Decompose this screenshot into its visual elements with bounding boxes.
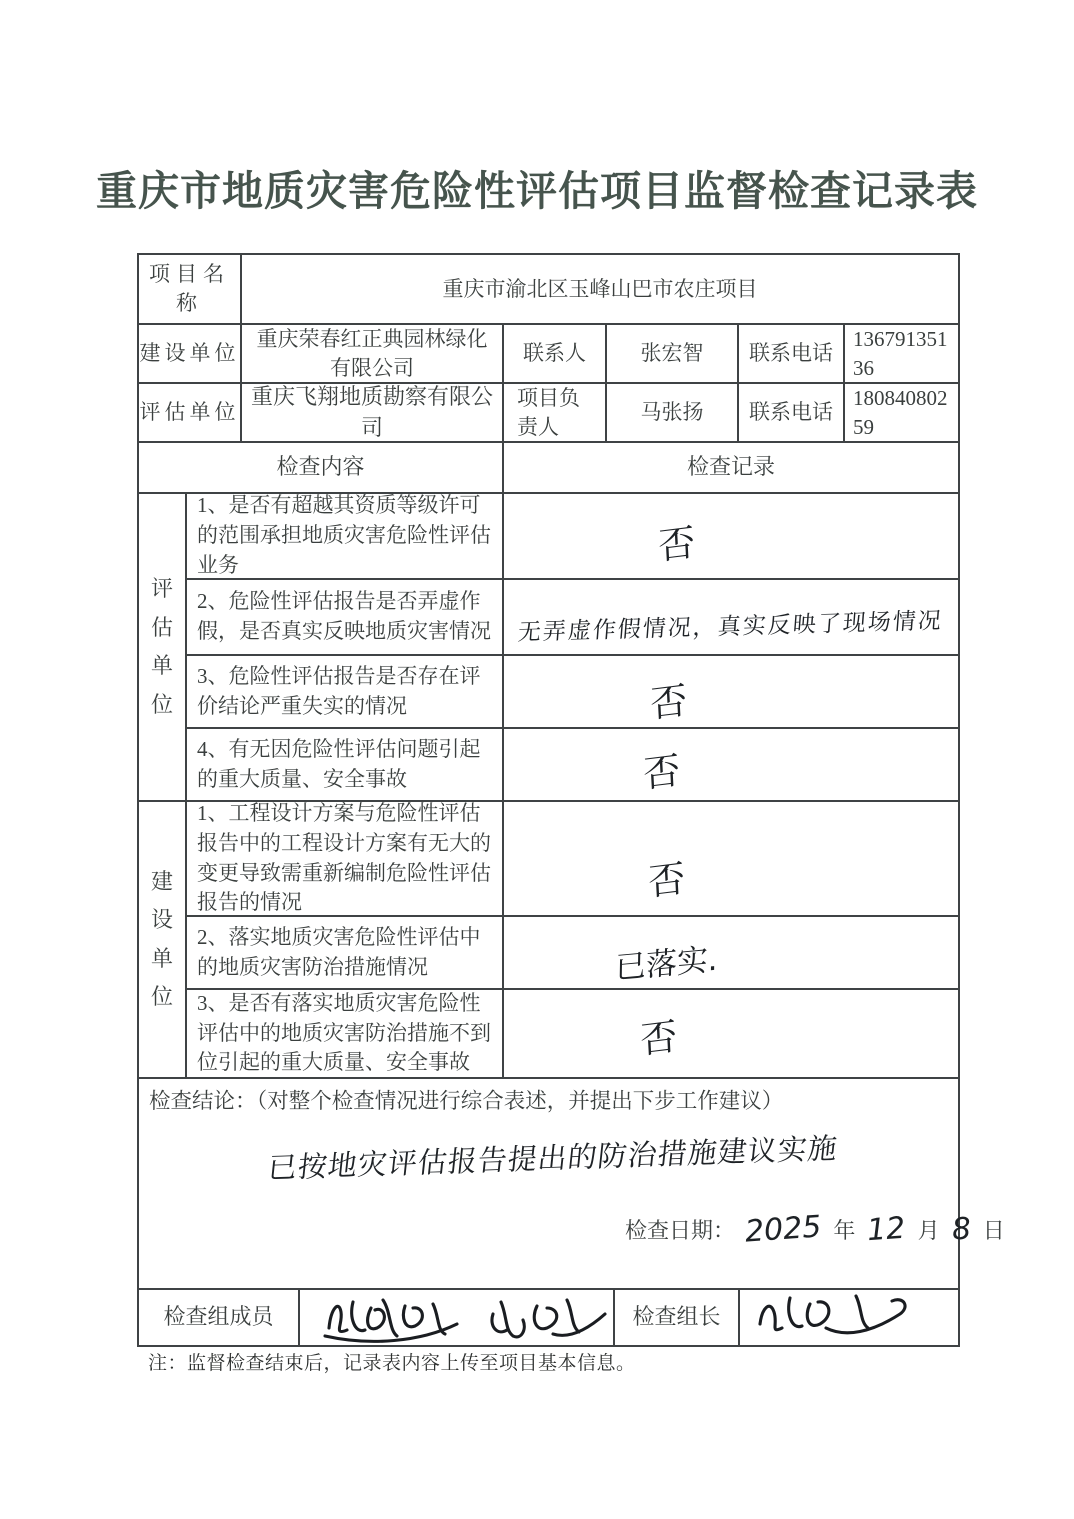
year-unit: 年: [833, 1214, 855, 1245]
page-title: 重庆市地质灾害危险性评估项目监督检查记录表: [0, 158, 1074, 217]
team-members-label: 检查组成员: [139, 1290, 300, 1347]
team-leader-signature: [748, 1286, 928, 1344]
contact-value: 张宏智: [607, 325, 739, 384]
build-item-3-record-cell: [504, 990, 960, 1079]
handwritten-day: 8: [950, 1211, 971, 1247]
inspection-table: 项目名称 重庆市渝北区玉峰山巴市农庄项目 建设单位 重庆荣春红正典园林绿化有限公…: [137, 253, 960, 1347]
scanned-inspection-form: 重庆市地质灾害危险性评估项目监督检查记录表 项目名称 重庆市渝北区玉峰山巴市农庄…: [0, 0, 1074, 1519]
eval-item-3-text: 3、危险性评估报告是否存在评价结论严重失实的情况: [187, 656, 504, 729]
content-column-header: 检查内容: [139, 443, 504, 494]
month-unit: 月: [918, 1214, 940, 1245]
assessor-value: 重庆飞翔地质勘察有限公司: [242, 384, 504, 443]
eval-item-1-record-cell: [504, 494, 960, 580]
handwritten-record-build-3: 否: [639, 1006, 679, 1065]
handwritten-record-eval-3: 否: [649, 670, 689, 729]
builder-phone-value: 13679135136: [845, 325, 960, 384]
builder-value: 重庆荣春红正典园林绿化有限公司: [242, 325, 504, 384]
builder-label: 建设单位: [139, 325, 242, 384]
build-item-2-text: 2、落实地质灾害危险性评估中的地质灾害防治措施情况: [187, 917, 504, 990]
pm-value: 马张扬: [607, 384, 739, 443]
date-label: 检查日期：: [625, 1214, 735, 1245]
assessor-phone-label: 联系电话: [739, 384, 845, 443]
handwritten-record-eval-4: 否: [642, 740, 682, 799]
day-unit: 日: [983, 1214, 1005, 1245]
eval-item-1-text: 1、是否有超越其资质等级许可的范围承担地质灾害危险性评估业务: [187, 494, 504, 580]
project-name-value: 重庆市渝北区玉峰山巴市农庄项目: [242, 255, 960, 325]
build-item-1-record-cell: [504, 802, 960, 917]
pm-label: 项目负责人: [504, 384, 607, 443]
team-members-signatures: [315, 1292, 615, 1344]
build-item-1-text: 1、工程设计方案与危险性评估报告中的工程设计方案有无大的变更导致需重新编制危险性…: [187, 802, 504, 917]
handwritten-month: 12: [866, 1211, 907, 1249]
assessor-phone-value: 18084080259: [845, 384, 960, 443]
assessor-label: 评估单位: [139, 384, 242, 443]
build-item-3-text: 3、是否有落实地质灾害危险性评估中的地质灾害防治措施不到位引起的重大质量、安全事…: [187, 990, 504, 1079]
eval-item-2-text: 2、危险性评估报告是否弄虚作假，是否真实反映地质灾害情况: [187, 580, 504, 656]
handwritten-record-build-1: 否: [647, 848, 687, 907]
eval-item-3-record-cell: [504, 656, 960, 729]
handwritten-record-build-2: 已落实.: [615, 933, 718, 987]
eval-item-4-record-cell: [504, 729, 960, 802]
conclusion-label: 检查结论：（对整个检查情况进行综合表述，并提出下步工作建议）: [149, 1087, 783, 1117]
contact-label: 联系人: [504, 325, 607, 384]
conclusion-cell: 检查结论：（对整个检查情况进行综合表述，并提出下步工作建议）: [139, 1079, 960, 1290]
handwritten-record-eval-1: 否: [657, 512, 697, 571]
build-item-2-record-cell: [504, 917, 960, 990]
project-name-label: 项目名称: [139, 255, 242, 325]
team-leader-label: 检查组长: [615, 1290, 740, 1347]
eval-group-label: 评估单位: [139, 494, 187, 802]
handwritten-year: 2025: [744, 1209, 823, 1249]
eval-item-4-text: 4、有无因危险性评估问题引起的重大质量、安全事故: [187, 729, 504, 802]
footer-note: 注：监督检查结束后，记录表内容上传至项目基本信息。: [148, 1348, 636, 1375]
record-column-header: 检查记录: [504, 443, 960, 494]
build-group-label: 建设单位: [139, 802, 187, 1079]
inspection-date-line: 检查日期： 2025 年 12 月 8 日: [625, 1212, 1007, 1247]
builder-phone-label: 联系电话: [739, 325, 845, 384]
